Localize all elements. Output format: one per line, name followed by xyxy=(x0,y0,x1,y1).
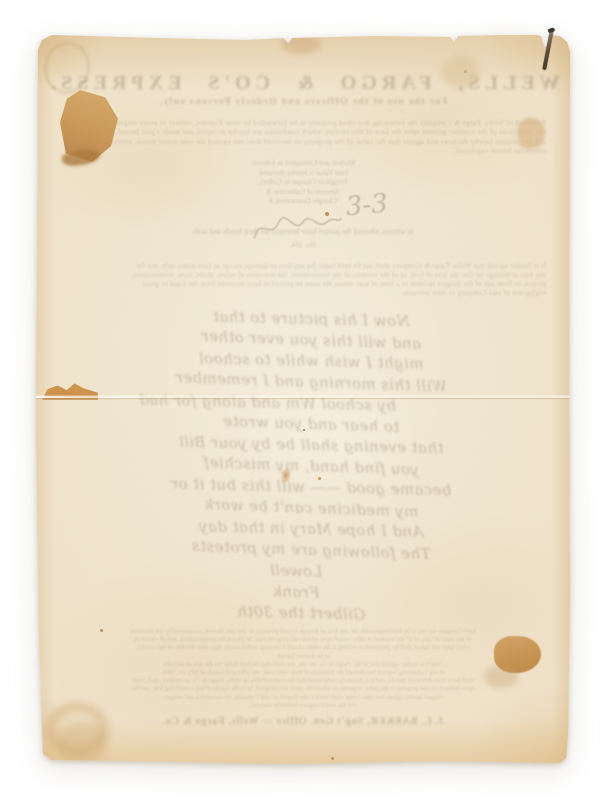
left-edge-orange-stain xyxy=(42,374,98,400)
bleedthrough-footer-line: every kind and nature shall be presented… xyxy=(54,644,552,652)
bleedthrough-footer-line: or be forever barred. xyxy=(54,653,552,661)
bleedthrough-footer-line: For the said Company faithfully remains, xyxy=(54,702,552,710)
bleedthrough-field-line: Said Value is hereby declared, xyxy=(36,168,570,178)
bleedthrough-footer-line: upon delivery of said property to the pa… xyxy=(54,685,552,693)
bleedthrough-paragraph-2: It is further agreed that Wells, Fargo &… xyxy=(60,262,546,298)
bleedthrough-footer-signature: J. L. BARKER, Sup't Gen. Office — Wells,… xyxy=(36,716,570,727)
bleedthrough-para1-line: and the shipper hereby declares and agre… xyxy=(60,137,546,146)
bleedthrough-footer-line: of any train of cars, or of any steamer … xyxy=(54,636,552,644)
handwriting-bleedthrough: Now I his picture to that and will this … xyxy=(166,310,456,625)
paper-surface: WELLS, FARGO & CO'S EXPRESS. For the use… xyxy=(36,34,570,764)
bleedthrough-para2-line: any loss or damage by fire, the acts of … xyxy=(60,271,546,280)
top-center-smudge-stain xyxy=(281,34,321,54)
bottom-left-blotch-core xyxy=(58,722,106,764)
bleedthrough-title: WELLS, FARGO & CO'S EXPRESS. xyxy=(36,72,570,95)
bleedthrough-para2-line: It is further agreed that Wells, Fargo &… xyxy=(60,262,546,271)
bleedthrough-paragraph-1: Received of Wells, Fargo & Company the f… xyxy=(60,118,546,156)
bleedthrough-footer-line: And it is further agreed that Wells, Far… xyxy=(54,661,552,669)
bleedthrough-para2-line: negligence of said Company or their serv… xyxy=(60,289,546,298)
bleedthrough-footer-line: of any connecting express line beyond th… xyxy=(54,669,552,677)
bleedthrough-field-line: Freight or Charges to Collect, xyxy=(36,177,570,187)
bleedthrough-para1-line: the conditions of the contract printed u… xyxy=(60,127,546,136)
bleedthrough-para1-line: otherwise herein expressed. xyxy=(60,146,546,155)
bleedthrough-subtitle: For the use of the Officers and Orderly … xyxy=(36,97,570,107)
bleedthrough-para2-line: pirates, or from any of the dangers inci… xyxy=(60,280,546,289)
bleedthrough-footer-line: shipper hereby agrees that this receipt … xyxy=(54,694,552,702)
pencil-flourish-squiggle xyxy=(250,201,345,249)
bleedthrough-footer-line: shall have been delivered thereto; and i… xyxy=(54,677,552,685)
bleedthrough-footer: Said Company are not to be held responsi… xyxy=(54,628,552,710)
bleedthrough-field-line: Marked and Consigned as follows: xyxy=(36,158,570,168)
bleedthrough-para1-line: Received of Wells, Fargo & Company the f… xyxy=(60,118,546,127)
photo-background: WELLS, FARGO & CO'S EXPRESS. For the use… xyxy=(0,0,606,800)
foxing-dot xyxy=(331,757,334,760)
pencil-mark-digits: 3-3 xyxy=(345,189,389,223)
bleedthrough-footer-line: Said Company are not to be held responsi… xyxy=(54,628,552,636)
paper-sheet: WELLS, FARGO & CO'S EXPRESS. For the use… xyxy=(36,34,570,764)
